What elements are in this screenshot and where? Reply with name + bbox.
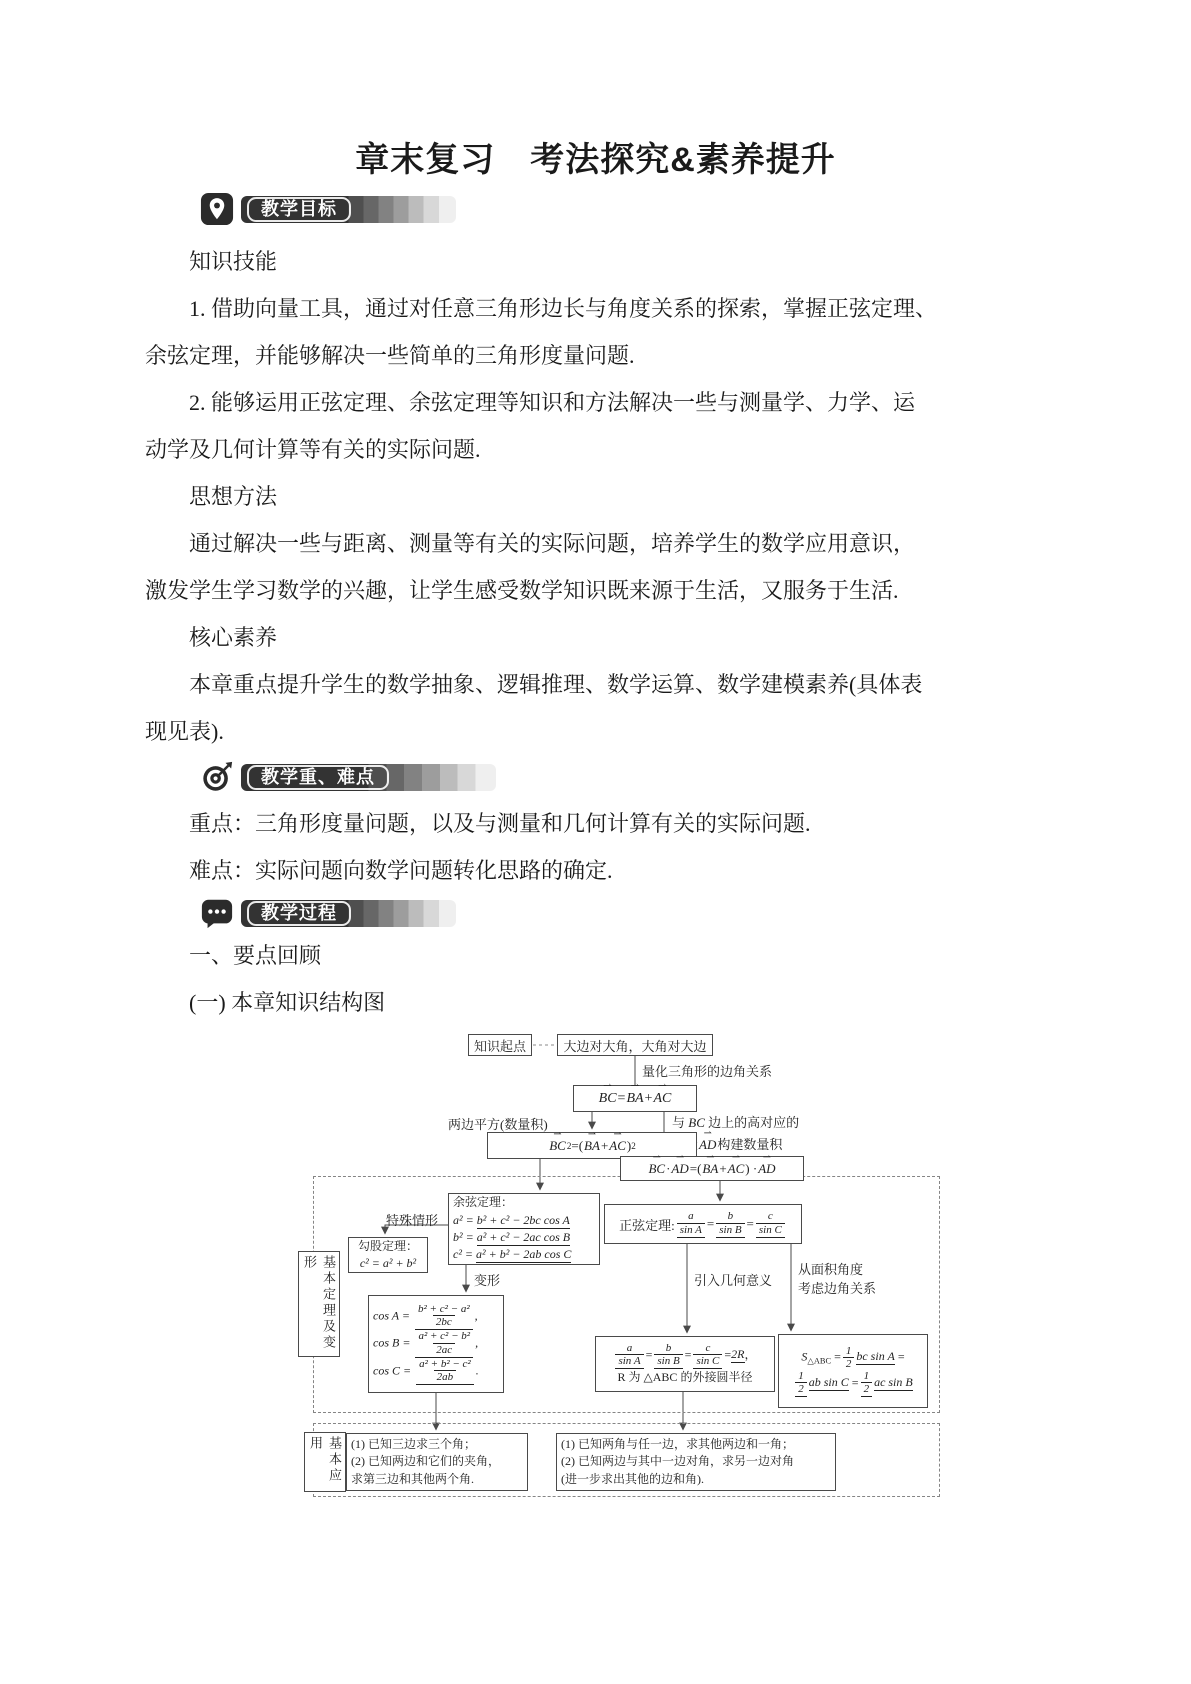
- badge-label: 教学过程: [247, 901, 351, 926]
- node-pythagoras: 勾股定理： c² = a² + b²: [348, 1237, 428, 1273]
- text-line: 现见表).: [145, 708, 1050, 755]
- node-circumradius: asin A=bsin B=csin C=2R， R 为 △ABC 的外接圆半径: [595, 1336, 775, 1392]
- node-sine-law: 正弦定理: asin A = bsin B = csin C: [604, 1204, 802, 1244]
- cosine-law-title: 余弦定理：: [453, 1194, 513, 1211]
- cos-transform-line: cos C = a² + b² − c²2ab.: [373, 1358, 479, 1385]
- label-area-angle-1: 从面积角度: [798, 1259, 863, 1278]
- badge-bar: 教学目标: [241, 196, 456, 223]
- cos-transform-line: cos B = a² + c² − b²2ac,: [373, 1330, 478, 1357]
- process-text: 一、要点回顾 (一) 本章知识结构图: [145, 932, 1050, 1026]
- cos-transform-line: cos A = b² + c² − a²2bc,: [373, 1303, 478, 1330]
- text-line: (一) 本章知识结构图: [145, 979, 1050, 1026]
- app-line: 求第三边和其他两个角.: [351, 1471, 474, 1488]
- key-points-text: 重点：三角形度量问题，以及与测量和几何计算有关的实际问题. 难点：实际问题向数学…: [145, 800, 1050, 894]
- circumradius-note: R 为 △ABC 的外接圆半径: [618, 1369, 753, 1386]
- target-icon: [200, 760, 234, 794]
- cosine-law-line: c² = a² + b² − 2ab cos C: [453, 1246, 571, 1263]
- app-line: (2) 已知两边与其中一边对角，求另一边对角: [561, 1453, 794, 1470]
- node-cosine-law: 余弦定理： a² = b² + c² − 2bc cos A b² = a² +…: [448, 1193, 600, 1265]
- node-vector-identity: BC=BA+AC: [573, 1085, 697, 1112]
- node-cosine-transforms: cos A = b² + c² − a²2bc, cos B = a² + c²…: [368, 1295, 504, 1393]
- side-label-basic-theorems: 基本定理及变形: [298, 1251, 340, 1357]
- knowledge-structure-diagram: 知识起点 大边对大角，大角对大边 量化三角形的边角关系 BC=BA+AC 两边平…: [290, 1028, 950, 1518]
- app-line: (1) 已知两角与任一边，求其他两边和一角；: [561, 1436, 794, 1453]
- node-triangle-area: S△ABC =12bc sin A = 12ab sin C =12ac sin…: [778, 1334, 928, 1408]
- text-line: 思想方法: [145, 473, 1050, 520]
- section-badge-process: 教学过程: [200, 896, 456, 930]
- text-line: 2. 能够运用正弦定理、余弦定理等知识和方法解决一些与测量学、力学、运: [145, 379, 1050, 426]
- area-formula-line1: S△ABC =12bc sin A =: [801, 1345, 904, 1370]
- text-line: 动学及几何计算等有关的实际问题.: [145, 426, 1050, 473]
- sine-law-title: 正弦定理:: [619, 1215, 675, 1234]
- objectives-text: 知识技能 1. 借助向量工具，通过对任意三角形边长与角度关系的探索，掌握正弦定理…: [145, 238, 1050, 755]
- text-line: 1. 借助向量工具，通过对任意三角形边长与角度关系的探索，掌握正弦定理、: [145, 285, 1050, 332]
- label-square-both-sides: 两边平方(数量积): [448, 1114, 548, 1133]
- badge-label: 教学重、难点: [247, 765, 389, 790]
- label-special-case: 特殊情形: [386, 1210, 438, 1229]
- label-transform: 变形: [474, 1270, 500, 1289]
- section-badge-key-points: 教学重、难点: [200, 760, 496, 794]
- text-line: 一、要点回顾: [145, 932, 1050, 979]
- app-line: (2) 已知两边和它们的夹角，: [351, 1453, 500, 1470]
- document-page: 章末复习 考法探究&素养提升 教学目标 知识技能 1. 借助向量工具，通过对任意…: [0, 0, 1191, 1684]
- badge-label: 教学目标: [247, 197, 351, 222]
- fraction: csin C: [756, 1210, 785, 1237]
- app-line: (进一步求出其他的边和角).: [561, 1471, 704, 1488]
- node-application-cosine: (1) 已知三边求三个角； (2) 已知两边和它们的夹角， 求第三边和其他两个角…: [346, 1433, 528, 1491]
- area-formula-line2: 12ab sin C =12ac sin B: [793, 1370, 912, 1397]
- node-knowledge-start: 知识起点: [468, 1034, 532, 1056]
- node-application-sine: (1) 已知两角与任一边，求其他两边和一角； (2) 已知两边与其中一边对角，求…: [556, 1433, 836, 1491]
- text-line: 知识技能: [145, 238, 1050, 285]
- badge-bar: 教学重、难点: [241, 764, 496, 791]
- text-line: 核心素养: [145, 614, 1050, 661]
- circumradius-formula: asin A=bsin B=csin C=2R，: [613, 1342, 756, 1369]
- fraction: asin A: [677, 1210, 705, 1237]
- speech-bubble-icon: [200, 896, 234, 930]
- node-vector-dot-product: BC · AD=(BA+AC) · AD: [620, 1156, 804, 1181]
- text-line: 重点：三角形度量问题，以及与测量和几何计算有关的实际问题.: [145, 800, 1050, 847]
- text-line: 难点：实际问题向数学问题转化思路的确定.: [145, 847, 1050, 894]
- pythagoras-formula: c² = a² + b²: [360, 1255, 416, 1272]
- cosine-law-line: a² = b² + c² − 2bc cos A: [453, 1212, 570, 1229]
- label-quantify-relation: 量化三角形的边角关系: [642, 1061, 772, 1080]
- text-line: 余弦定理，并能够解决一些简单的三角形度量问题.: [145, 332, 1050, 379]
- node-vector-squared: BC2=(BA+AC)2: [487, 1132, 697, 1159]
- label-geometric-meaning: 引入几何意义: [694, 1270, 772, 1289]
- pythagoras-title: 勾股定理：: [358, 1238, 418, 1255]
- text-line: 通过解决一些与距离、测量等有关的实际问题，培养学生的数学应用意识，: [145, 520, 1050, 567]
- label-height-line1: 与 BC 边上的高对应的: [672, 1112, 799, 1131]
- section-badge-objectives: 教学目标: [200, 192, 456, 226]
- page-title: 章末复习 考法探究&素养提升: [0, 132, 1191, 181]
- cosine-law-line: b² = a² + c² − 2ac cos B: [453, 1229, 570, 1246]
- app-line: (1) 已知三边求三个角；: [351, 1436, 476, 1453]
- text-line: 激发学生学习数学的兴趣，让学生感受数学知识既来源于生活，又服务于生活.: [145, 567, 1050, 614]
- label-area-angle-2: 考虑边角关系: [798, 1278, 876, 1297]
- text-line: 本章重点提升学生的数学抽象、逻辑推理、数学运算、数学建模素养(具体表: [145, 661, 1050, 708]
- side-label-basic-applications: 基本应用: [304, 1432, 346, 1492]
- fraction: bsin B: [716, 1210, 744, 1237]
- node-big-side-big-angle: 大边对大角，大角对大边: [557, 1034, 713, 1056]
- badge-bar: 教学过程: [241, 900, 456, 927]
- location-pin-icon: [200, 192, 234, 226]
